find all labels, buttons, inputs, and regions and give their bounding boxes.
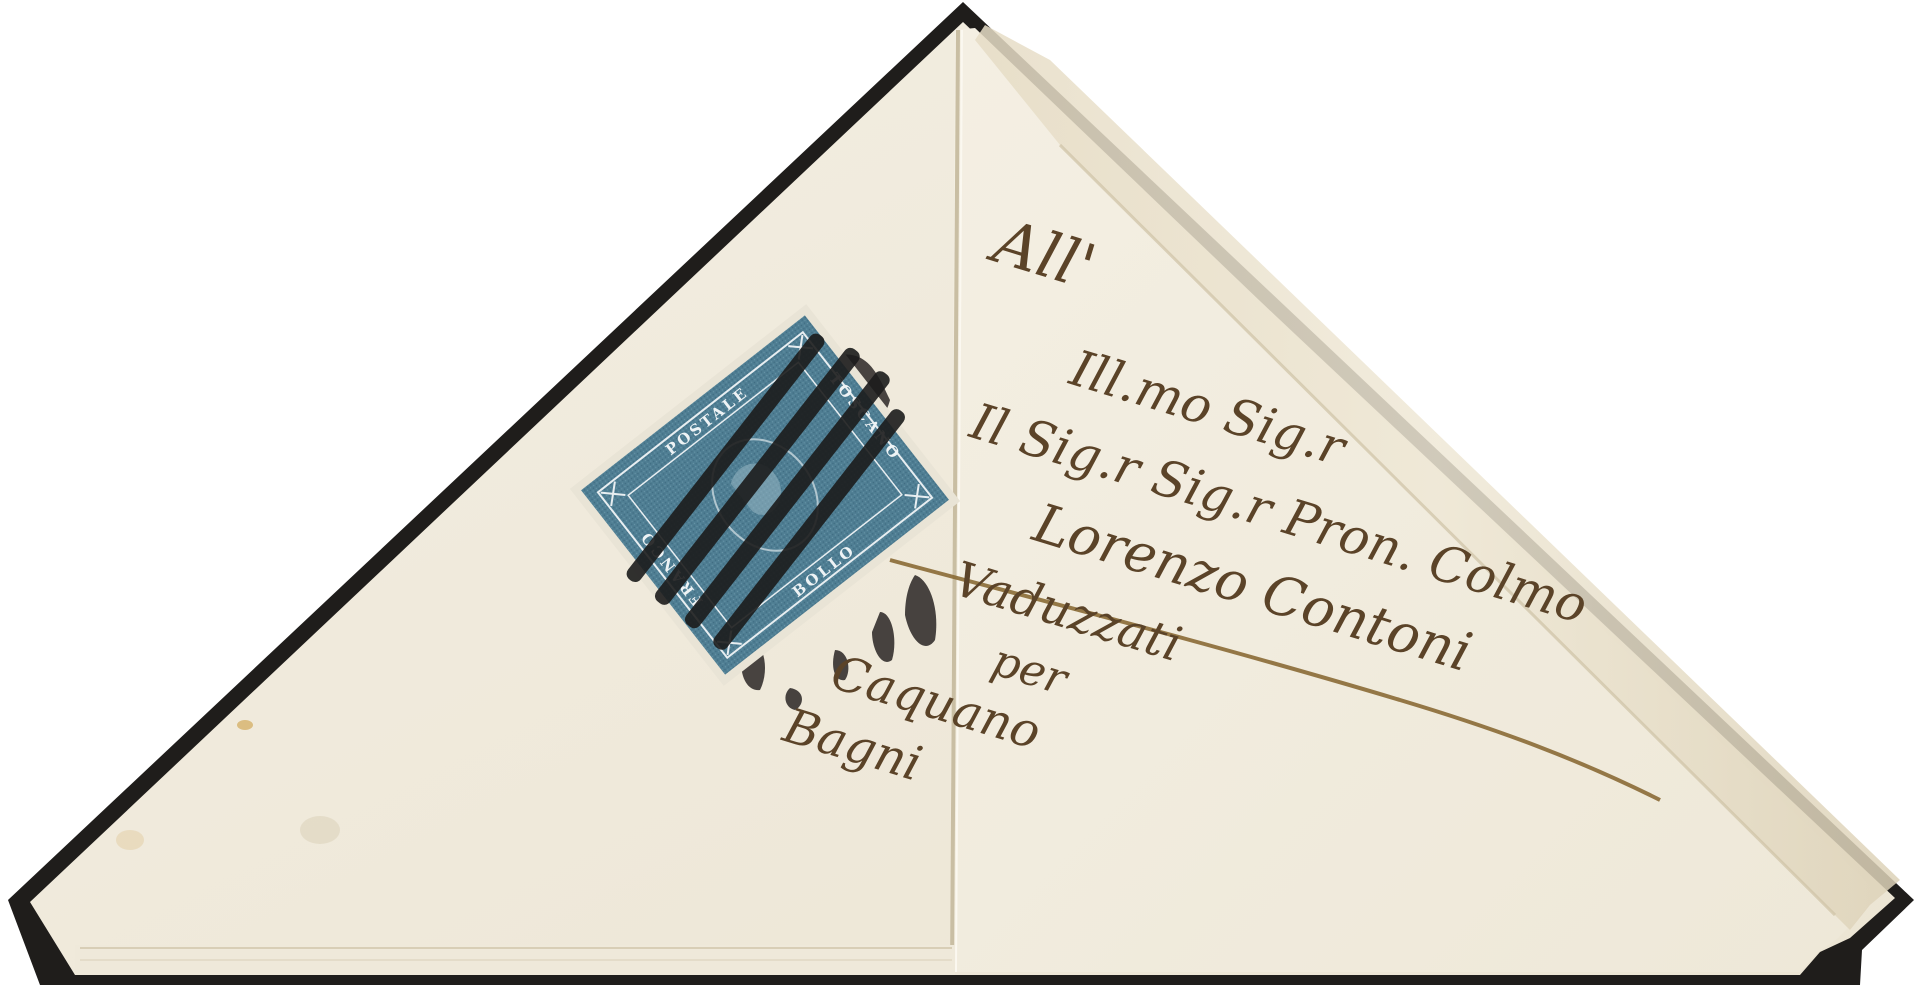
letter-illustration: POSTALE BOLLO FRANCO TOSCANO All' Ill.mo… xyxy=(0,0,1920,990)
folded-letter-photo: POSTALE BOLLO FRANCO TOSCANO All' Ill.mo… xyxy=(0,0,1920,990)
